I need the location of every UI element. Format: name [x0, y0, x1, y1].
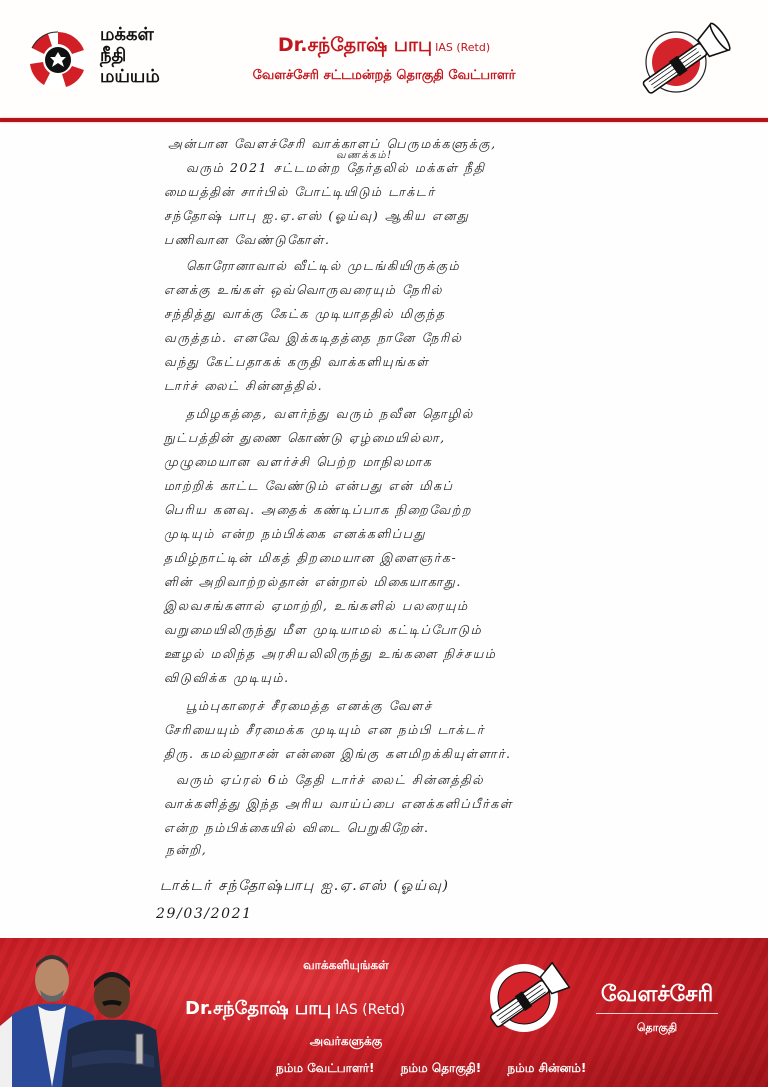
letter-line: வருத்தம். எனவே இக்கடிதத்தை நானே நேரில் [164, 330, 463, 347]
constituency-name: வேளச்சேரி [596, 982, 718, 1014]
letter-line: வரும் ஏப்ரல் 6ம் தேதி டார்ச் லைட் சின்னத… [176, 772, 484, 789]
candidate-photo-icon [58, 964, 166, 1087]
letter-line: வாக்களித்து இந்த அரிய வாய்ப்பை எனக்களிப்… [164, 796, 513, 813]
handwritten-letter: அன்பான வேளச்சேரி வாக்காளப் பெருமக்களுக்க… [140, 130, 660, 930]
letter-line: மையத்தின் சார்பில் போட்டியிடும் டாக்டர் [164, 184, 436, 201]
banner-candidate: Dr.சந்தோஷ் பாபுIAS (Retd) [185, 998, 405, 1021]
letter-line: முடியும் என்ற நம்பிக்கை எனக்களிப்பது [164, 526, 426, 543]
slogan-candidate: நம்ம வேட்பாளர்! [276, 1061, 375, 1077]
constituency-badge: வேளச்சேரி தொகுதி [596, 982, 718, 1036]
letter-line: தமிழ்நாட்டின் மிகத் திறமையான இளைஞர்க- [164, 550, 457, 567]
letter-line: என்ற நம்பிக்கையில் விடை பெறுகிறேன். [164, 820, 430, 837]
letter-line: டார்ச் லைட் சின்னத்தில். [164, 378, 323, 395]
letter-line: முழுமையான வளர்ச்சி பெற்ற மாநிலமாக [164, 454, 432, 471]
banner-candidate-suffix: IAS (Retd) [335, 1002, 405, 1018]
campaign-banner: வாக்களியுங்கள் Dr.சந்தோஷ் பாபுIAS (Retd)… [0, 938, 768, 1087]
torch-symbol-badge-icon [478, 958, 578, 1038]
letterhead: மக்கள் நீதி மய்யம் Dr.சந்தோஷ் பாபுIAS (R… [0, 0, 768, 118]
letter-line: நுட்பத்தின் துணை கொண்டு ஏழ்மையில்லா, [164, 430, 446, 447]
honor-line: அவர்களுக்கு [256, 1034, 436, 1050]
letter-line: சந்தோஷ் பாபு ஐ.ஏ.எஸ் (ஓய்வு) ஆகிய எனது [164, 208, 470, 225]
banner-candidate-name: Dr.சந்தோஷ் பாபு [185, 998, 331, 1019]
letter-line: விடுவிக்க முடியும். [164, 670, 290, 687]
slogan-constituency: நம்ம தொகுதி! [401, 1061, 482, 1077]
letter-line: எனக்கு உங்கள் ஒவ்வொருவரையும் நேரில் [164, 282, 443, 299]
letter-salutation: அன்பான வேளச்சேரி வாக்காளப் பெருமக்களுக்க… [168, 136, 497, 153]
vote-call: வாக்களியுங்கள் [256, 958, 436, 974]
letter-line: கொரோனாவால் வீட்டில் முடங்கியிருக்கும் [186, 258, 460, 275]
letter-line: பெரிய கனவு. அதைக் கண்டிப்பாக நிறைவேற்ற [164, 502, 472, 519]
letter-line: சேரியையும் சீரமைக்க முடியும் என நம்பி டா… [164, 722, 485, 739]
letter-line: வந்து கேட்பதாகக் கருதி வாக்களியுங்கள் [164, 354, 429, 371]
header-divider [0, 118, 768, 122]
letter-line: பூம்புகாரைச் சீரமைத்த எனக்கு வேளச் [186, 698, 433, 715]
letter-signature: டாக்டர் சந்தோஷ்பாபு ஐ.ஏ.எஸ் (ஓய்வு) [160, 878, 450, 896]
letter-line: ளின் அறிவாற்றல்தான் என்றால் மிகையாகாது. [164, 574, 462, 591]
letter-line: இலவசங்களால் ஏமாற்றி, உங்களில் பலரையும் [164, 598, 469, 615]
candidate-suffix: IAS (Retd) [435, 41, 490, 54]
letter-date: 29/03/2021 [156, 906, 253, 922]
letter-line: சந்தித்து வாக்கு கேட்க முடியாததில் மிகுந… [164, 306, 446, 323]
constituency-label: தொகுதி [596, 1021, 718, 1036]
letter-line: திரு. கமல்ஹாசன் என்னை இங்கு களமிறக்கியுள… [164, 746, 512, 763]
letter-line: வரும் 2021 சட்டமன்ற தேர்தலில் மக்கள் நீத… [186, 160, 486, 177]
slogan-row: நம்ம வேட்பாளர்! நம்ம தொகுதி! நம்ம சின்னம… [276, 1061, 608, 1077]
slogan-symbol: நம்ம சின்னம்! [507, 1061, 586, 1077]
letter-line: தமிழகத்தை, வளர்ந்து வரும் நவீன தொழில் [186, 406, 474, 423]
letter-line: பணிவான வேண்டுகோள். [164, 232, 331, 249]
candidate-name: Dr.சந்தோஷ் பாபு [278, 34, 432, 56]
letter-closing: நன்றி, [166, 842, 207, 859]
torch-symbol-icon [628, 22, 740, 100]
letter-line: ஊழல் மலிந்த அரசியலிலிருந்து உங்களை நிச்ச… [164, 646, 497, 663]
letter-line: மாற்றிக் காட்ட வேண்டும் என்பது என் மிகப் [164, 478, 454, 495]
letter-line: வறுமையிலிருந்து மீள முடியாமல் கட்டிப்போட… [164, 622, 482, 639]
